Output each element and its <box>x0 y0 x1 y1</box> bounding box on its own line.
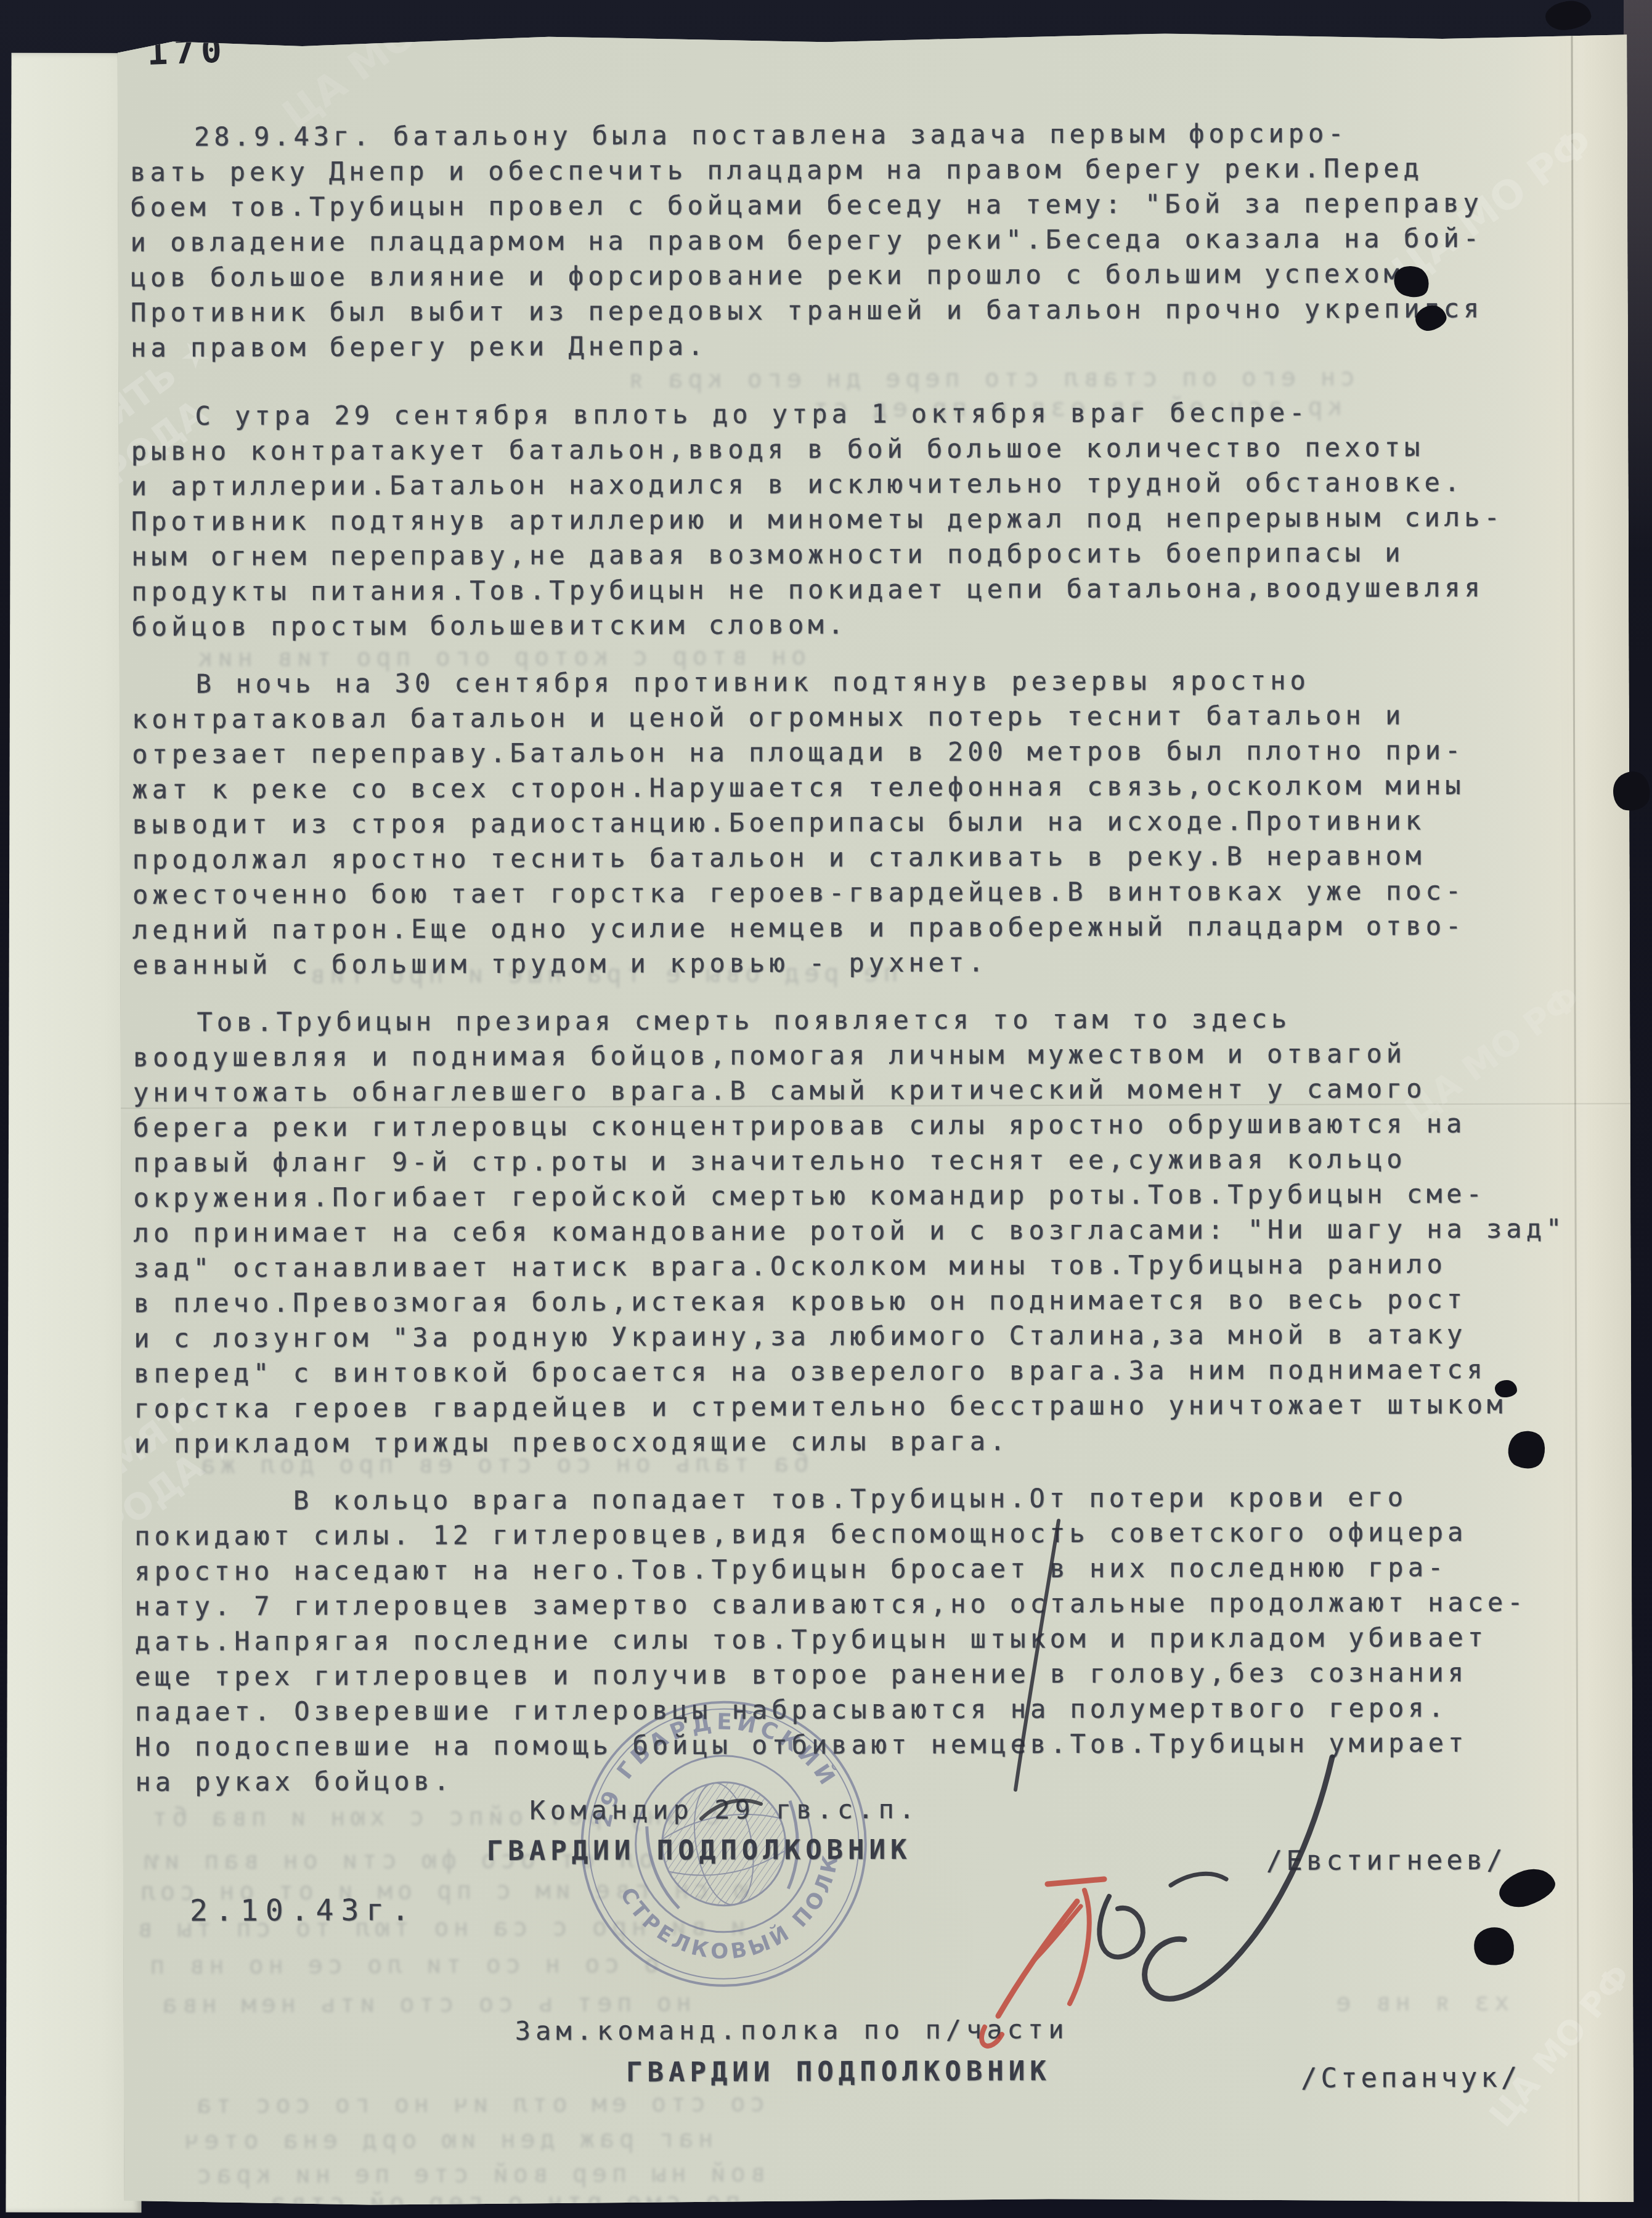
ghost-bleedthrough-line: о со н со ти ло се но нв п <box>145 1950 659 1980</box>
typed-line: боем тов.Трубицын провел с бойцами бесед… <box>130 185 1609 225</box>
typed-line: вперед" с винтовкой бросается на озверел… <box>134 1351 1613 1391</box>
typed-line: Противник был выбит из передовых траншей… <box>131 290 1609 330</box>
ghost-bleedthrough-line: хз я нв е <box>1331 1988 1509 2017</box>
typed-line: ледний патрон.Еще одно усилие немцев и п… <box>132 908 1611 948</box>
typed-line: падает. Озверевшие гитлеровцы набрасываю… <box>135 1689 1614 1729</box>
typed-line: зад" останавливает натиск врага.Осколком… <box>134 1246 1613 1286</box>
typed-line: бойцов простым большевитским словом. <box>131 604 1610 644</box>
typed-line: ло принимает на себя командование ротой … <box>133 1211 1612 1251</box>
commander-title: Командир 29 гв.с.п. <box>529 1794 919 1826</box>
typed-line: и овладение плацдармом на правом берегу … <box>130 220 1609 260</box>
ghost-bleedthrough-line: по сме ртн о гер ой ства <box>266 2188 740 2217</box>
archive-watermark: ЦА МО РФ <box>101 0 130 47</box>
typed-line: дать.Напрягая последние силы тов.Трубицы… <box>135 1619 1614 1659</box>
ghost-bleedthrough-line: наг раж ден ию орд ена отеч <box>179 2125 713 2155</box>
watermark-layer: ЦА МО РФЦА МО РФПАМЯТЬ ★ НАРОДА★ ПАМЯТЬ … <box>117 30 1627 35</box>
typed-line: продолжал яростно теснить батальон и ста… <box>132 837 1611 877</box>
page-number: 170 <box>146 30 229 73</box>
typed-line: Но подоспевшие на помощь бойцы отбивают … <box>135 1724 1614 1765</box>
paragraph: В ночь на 30 сентября противник подтянув… <box>132 662 1612 983</box>
commander-name: /Евстигнеев/ <box>1266 1845 1507 1877</box>
typed-line: Тов.Трубицын презирая смерть появляется … <box>132 1000 1611 1040</box>
ghost-bleedthrough-line: со сто ем отл ич но го сос та <box>192 2089 765 2119</box>
document-sheet: ЦА МО РФЦА МО РФПАМЯТЬ ★ НАРОДА★ ПАМЯТЬ … <box>117 30 1634 2207</box>
document-date: 2.10.43г. <box>190 1893 417 1928</box>
commander-rank: ГВАРДИИ ПОДПОЛКОВНИК <box>487 1834 912 1867</box>
typed-line: берега реки гитлеровцы сконцентрировав с… <box>133 1105 1612 1145</box>
ghost-text-layer: сн его оп ставл сто пере дн его кра яон … <box>117 30 1627 35</box>
typed-line: яростно наседают на него.Тов.Трубицын бр… <box>134 1549 1613 1589</box>
paragraph: 28.9.43г. батальону была поставлена зада… <box>130 115 1609 365</box>
ink-blot <box>1495 1380 1517 1397</box>
paragraph: В кольцо врага попадает тов.Трубицын.От … <box>134 1479 1614 1800</box>
typed-line: В ночь на 30 сентября противник подтянув… <box>132 662 1611 702</box>
typed-line: цов большое влияние и форсирование реки … <box>131 255 1609 295</box>
archival-scan: ЦА МО РФЦА МО РФПАМЯТЬ ★ НАРОДА★ ПАМЯТЬ … <box>0 0 1652 2218</box>
typed-line: еванный с большим трудом и кровью - рухн… <box>132 943 1611 983</box>
punch-hole <box>1544 0 1592 32</box>
typed-line: выводит из строя радиостанцию.Боеприпасы… <box>132 802 1611 842</box>
ghost-bleedthrough-line: вой ны пер вой сте пе ни крас <box>192 2159 765 2190</box>
typed-line: отрезает переправу.Батальон на площади в… <box>132 732 1611 772</box>
typed-line: ным огнем переправу,не давая возможности… <box>131 534 1610 574</box>
typed-line: нату. 7 гитлеровцев замертво сваливаются… <box>134 1584 1613 1624</box>
typed-line: правый фланг 9-й стр.роты и значительно … <box>133 1140 1612 1180</box>
archive-watermark: ЦА МО РФ <box>1481 1957 1638 2134</box>
typed-line: покидают силы. 12 гитлеровцев,видя беспо… <box>134 1514 1613 1554</box>
paragraph: Тов.Трубицын презирая смерть появляется … <box>132 1000 1613 1461</box>
typed-line: Противник подтянув артиллерию и минометы… <box>131 499 1610 539</box>
typed-line: ожесточенно бою тает горстка героев-гвар… <box>132 872 1611 912</box>
deputy-title: Зам.команд.полка по п/части <box>515 2014 1069 2046</box>
typed-line: вать реку Днепр и обеспечить плацдарм на… <box>130 150 1609 190</box>
paragraph: С утра 29 сентября вплоть до утра 1 октя… <box>131 394 1610 644</box>
typed-line: и прикладом трижды превосходящие силы вр… <box>134 1421 1613 1461</box>
archive-watermark: ЦА МО РФ <box>275 0 492 138</box>
typed-line: уничтожать обнаглевшего врага.В самый кр… <box>133 1070 1612 1110</box>
typed-line: 28.9.43г. батальону была поставлена зада… <box>130 115 1609 155</box>
typed-text: 28.9.43г. батальону была поставлена зада… <box>130 115 1614 1822</box>
typed-line: В кольцо врага попадает тов.Трубицын.От … <box>134 1479 1613 1519</box>
typed-line: на правом берегу реки Днепра. <box>131 325 1609 365</box>
deputy-name: /Степанчук/ <box>1301 2062 1521 2094</box>
typed-line: еще трех гитлеровцев и получив второе ра… <box>135 1654 1614 1694</box>
typed-line: контратаковал батальон и ценой огромных … <box>132 697 1611 737</box>
typed-line: воодушевляя и поднимая бойцов,помогая ли… <box>133 1035 1612 1075</box>
typed-line: в плечо.Превозмогая боль,истекая кровью … <box>134 1281 1613 1321</box>
typed-line: горстка героев гвардейцев и стремительно… <box>134 1386 1613 1426</box>
typed-line: жат к реке со всех сторон.Нарушается тел… <box>132 767 1611 807</box>
typed-line: и артиллерии.Батальон находился в исключ… <box>131 464 1610 504</box>
typed-line: С утра 29 сентября вплоть до утра 1 октя… <box>131 394 1609 434</box>
typed-line: и с лозунгом "За родную Украину,за любим… <box>134 1316 1613 1356</box>
deputy-rank: ГВАРДИИ ПОДПОЛКОВНИК <box>626 2055 1051 2088</box>
typed-line: продукты питания.Тов.Трубицын не покидае… <box>131 569 1610 609</box>
typed-line: рывно контратакует батальон,вводя в бой … <box>131 429 1610 469</box>
typed-line: окружения.Погибает геройской смертью ком… <box>133 1176 1612 1216</box>
